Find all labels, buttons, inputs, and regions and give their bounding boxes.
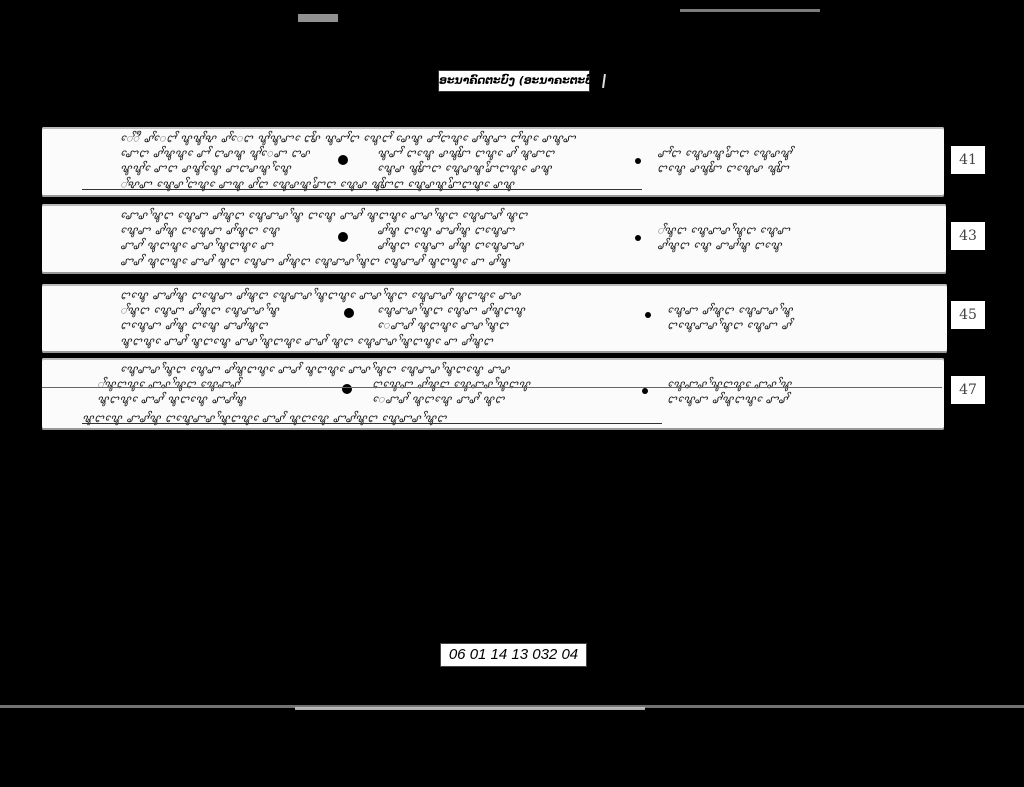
string-hole (635, 235, 641, 241)
string-hole (338, 155, 348, 165)
leaf-ruling (82, 189, 642, 190)
string-hole (344, 308, 354, 318)
leaf-line: ꨥꨯꨧ ꨣꨩꨡꨤ ꨥꨯꨧꨣ ꨩꨡ (667, 302, 867, 318)
leaf-line: ꨣꨩꨡꨤ ꨥꨯ ꨧꨣꨩꨡ ꨤꨥꨯ (657, 237, 857, 253)
palm-leaf-43: ꨧꨯꨣ ꨩꨡꨤ ꨥꨯꨧ ꨣꨩꨡꨤ ꨥꨯꨧꨣ ꨩꨡ ꨤꨥꨯ ꨧꨣꨩ ꨡꨤꨥ ꨯꨧꨣ… (42, 204, 946, 274)
page-number-47: 47 (951, 376, 985, 404)
catalog-code-label: 06 01 14 13 032 04 (440, 643, 587, 667)
leaf-line: ꨡꨥꨩ ꨯꨧꨤ ꨣꨡꨩꨥꨯ ꨧꨤꨣꨡ ꨩꨥꨯ (120, 160, 310, 176)
leaf-line: ꨤꨥꨯ ꨣꨡꨩꨧ ꨤꨥꨯꨣ ꨡꨩꨧ (657, 160, 857, 176)
page-number-43: 43 (951, 222, 985, 250)
scan-noise-top-right (680, 9, 820, 12)
leaf-line: ꨩꨡꨤꨥ ꨯꨧꨣ ꨩꨡꨤ ꨥꨯꨧꨣꨩ (97, 376, 307, 392)
leaf-line: ꨤꨥꨯꨧ ꨣꨩꨡ ꨤꨥꨯ ꨧꨣꨩꨡꨤ (120, 317, 310, 333)
leaf-line: ꨤꨥꨯꨧꨣ ꨩꨡꨤ ꨥꨯꨧ ꨣꨩ (667, 317, 867, 333)
leaf-line: ꨩꨡꨤ ꨥꨯꨧꨣ ꨩꨡꨤ ꨥꨯꨧ (657, 222, 857, 238)
leaf-ruling (82, 423, 662, 424)
leaf-line: ꨯꨧꨣꨩ ꨡꨤꨥꨯ ꨧꨣꨩ ꨡꨤ (372, 391, 617, 407)
page-number-45: 45 (951, 301, 985, 329)
leaf-line: ꨤꨥꨯ ꨧꨣꨩꨡ ꨤꨥꨯꨧ ꨣꨩꨡꨤ ꨥꨯꨧꨣ ꨩꨡꨤꨥ ꨯꨧꨣ ꨩꨡꨤ ꨥꨯꨧ… (120, 287, 935, 303)
palm-leaf-41: ꨯꨩꨫ ꨣꨩꨯꨤꨩ ꨥꨡꨩꨦ ꨣꨩꨯꨤ ꨥꨩꨡꨧ ꨯꨤꨩꨣ ꨡꨧꨩꨤ ꨥꨯꨤꨩ … (42, 127, 944, 197)
string-hole (645, 312, 651, 318)
string-hole (642, 388, 648, 394)
leaf-line: ꨥꨯꨧꨣ ꨩꨡꨤꨥ ꨯꨧꨣ ꨩꨡ (667, 376, 887, 392)
leaf-line: ꨧꨣꨩ ꨡꨤꨥ ꨯꨧꨣ ꨩꨡꨤꨥ ꨯꨧ (120, 237, 310, 253)
leaf-line: ꨤꨥꨯꨧ ꨣꨩꨡꨤ ꨥꨯꨧꨣ ꨩꨡꨤꨥ (372, 376, 617, 392)
leaf-line: ꨥꨯꨧꨣ ꨩꨡꨤ ꨥꨯꨧ ꨣꨩꨡꨤꨥ (377, 302, 607, 318)
leaf-line: ꨯꨩꨫ ꨣꨩꨯꨤꨩ ꨥꨡꨩꨦ ꨣꨩꨯꨤ ꨥꨩꨡꨧ ꨯꨤꨩꨣ ꨡꨧꨩꨤ ꨥꨯꨤꨩ … (120, 130, 935, 146)
scan-noise-top-left (298, 14, 338, 22)
string-hole (338, 232, 348, 242)
leaf-line: ꨥꨯꨧ ꨣꨩꨡ ꨤꨥꨯꨧ ꨣꨩꨡꨤ ꨥꨯ (120, 222, 310, 238)
palm-leaf-47: ꨥꨯꨧꨣ ꨩꨡꨤ ꨥꨯꨧ ꨣꨩꨡꨤꨥ ꨯꨧꨣꨩ ꨡꨤꨥ ꨯꨧꨣ ꨩꨡꨤ ꨥꨯꨧꨣ… (42, 358, 944, 430)
leaf-line: ꨡꨤꨥ ꨯꨧꨣꨩ ꨡꨤꨥꨯ ꨧꨣ ꨩꨡꨤꨥ ꨯꨧꨣꨩ ꨡꨤ ꨥꨯꨧꨣ ꨩꨡꨤꨥ … (120, 333, 935, 349)
leaf-line: ꨧꨯꨣ ꨩꨡꨤ ꨥꨯꨧ ꨣꨩꨡꨤ ꨥꨯꨧꨣ ꨩꨡ ꨤꨥꨯ ꨧꨣꨩ ꨡꨤꨥ ꨯꨧꨣ… (120, 207, 935, 223)
string-hole (342, 384, 352, 394)
title-tick-mark (602, 74, 606, 88)
leaf-line: ꨥꨯꨧꨣ ꨩꨡꨤ ꨥꨯꨧ ꨣꨩꨡꨤꨥ ꨯꨧꨣꨩ ꨡꨤꨥ ꨯꨧꨣ ꨩꨡꨤ ꨥꨯꨧꨣ… (120, 361, 935, 377)
string-hole (635, 158, 641, 164)
leaf-line: ꨥꨯꨣ ꨡꨩꨧꨤ ꨥꨯꨣꨡ ꨩꨧꨤꨥ ꨯꨣꨡ (377, 160, 607, 176)
leaf-line: ꨯꨧꨣꨩ ꨡꨤꨥ ꨯꨧꨣ ꨩꨡꨤ (377, 317, 607, 333)
page-number-41: 41 (951, 146, 985, 174)
leaf-ruling (42, 387, 942, 388)
leaf-line: ꨣꨩꨡ ꨤꨥꨯ ꨧꨣꨩꨡ ꨤꨥꨯꨧ (377, 222, 607, 238)
leaf-line: ꨣꨩꨡꨤ ꨥꨯꨧ ꨣꨩꨡ ꨤꨥꨯꨧꨣ (377, 237, 607, 253)
leaf-line: ꨧꨩꨤ ꨥꨯꨣꨡ ꨩꨧꨤ ꨥꨯꨣꨡꨩ (657, 145, 857, 161)
leaf-line: ꨧꨣꨩ ꨡꨤꨥ ꨯꨧꨣꨩ ꨡꨤ ꨥꨯꨧ ꨣꨩꨡꨤ ꨥꨯꨧꨣ ꨩꨡꨤ ꨥꨯꨧꨣꨩ … (120, 253, 935, 269)
leaf-line: ꨧꨯꨤ ꨣꨩꨡꨥ ꨯꨧꨩ ꨤꨣꨡ ꨥꨩꨯꨧ ꨤꨣ (120, 145, 310, 161)
leaf-line: ꨩꨡꨤ ꨥꨯꨧ ꨣꨩꨡꨤ ꨥꨯꨧꨣ ꨩꨡ (120, 302, 310, 318)
palm-leaf-45: ꨤꨥꨯ ꨧꨣꨩꨡ ꨤꨥꨯꨧ ꨣꨩꨡꨤ ꨥꨯꨧꨣ ꨩꨡꨤꨥ ꨯꨧꨣ ꨩꨡꨤ ꨥꨯꨧ… (42, 284, 947, 353)
leaf-line: ꨡꨧꨩ ꨤꨥꨯ ꨣꨡꨩꨧ ꨤꨥ ꨯꨣꨩ ꨡꨧꨤ (377, 145, 607, 161)
document-title-label: ອະນາຄົດຕະບົງ (ອະນາຄະຕະບົງ) (438, 70, 590, 92)
leaf-line: ꨡꨤꨥ ꨯꨧꨣꨩ ꨡꨤꨥꨯ ꨧꨣꨩꨡ (97, 391, 307, 407)
scan-noise-bottom-band-strong (295, 707, 645, 710)
leaf-line: ꨤꨥꨯꨧ ꨣꨩꨡꨤꨥ ꨯꨧꨣꨩ (667, 391, 887, 407)
